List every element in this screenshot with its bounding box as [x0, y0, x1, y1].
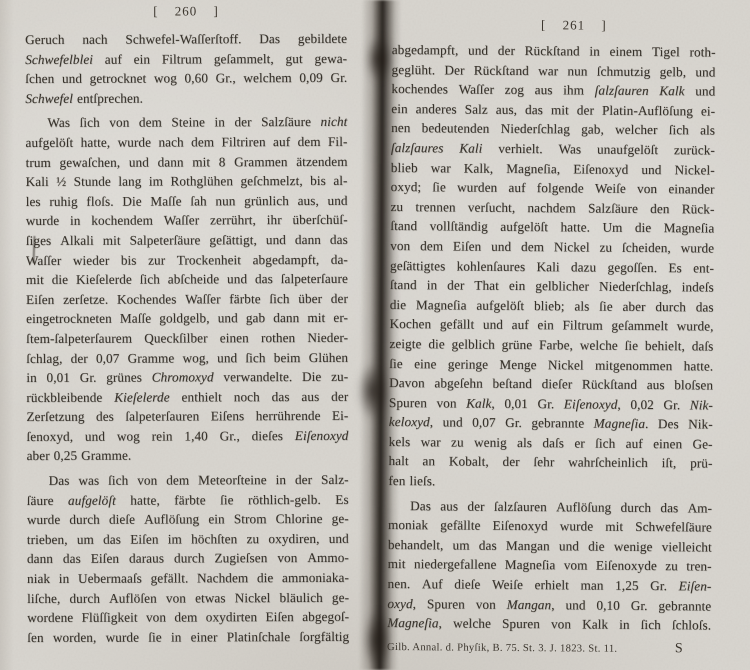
text-line: WaſſerwiederbiszurTrockenheitabgedampft,…: [26, 249, 348, 270]
text-line: Kali½StundelangimRothglühengeſchmelzt,bi…: [26, 171, 348, 192]
text-line: aber0,25Gramme.: [27, 445, 349, 466]
text-line: ſtandinderThateingelblicherNiederſchlag,…: [390, 275, 714, 297]
gutter-shadow-blob: [358, 362, 388, 420]
text-line: DavonabgeſehnbeſtanddieſerRückſtandausbl…: [389, 373, 713, 395]
text-line: rückbleibendeKieſelerdeenthieltnochdasau…: [26, 387, 348, 408]
text-line: keloxyd,und0,07Gr.gebrannteMagneſia.DesN…: [389, 412, 713, 434]
text-line: liſche,durchAuflöſenvonetwasNickelbläuli…: [27, 587, 349, 608]
text-line: Eiſenzerſetze.KochendesWaſſerfärbteſichü…: [26, 289, 348, 310]
text-line: danndasEiſendarausdurchZugieſsenvonAmmo-: [27, 548, 349, 569]
gutter-shadow-blob: [366, 36, 392, 82]
text-line: wurdeinkochendemWaſſerzerrührt,ihrüberſc…: [26, 210, 348, 231]
text-line: ſalzſauresKaliverhielt.Wasunaufgelöſtzur…: [391, 138, 715, 160]
text-line: in0,01Gr.grünesChromoxydverwandelte.Diez…: [26, 367, 348, 388]
text-line: geſättigteskohlenſauresKalidazugegoſſen.…: [390, 256, 714, 278]
text-line: DasausderſalzſaurenAuflöſungdurchdasAm-: [388, 496, 712, 518]
text-line: zutrennenverſucht,nachdemSalzſäuredenRüc…: [390, 197, 714, 219]
book-scan: [ 260 ] GeruchnachSchwefel-Waſſerſtoff.D…: [0, 0, 750, 670]
text-line: DaswasſichvondemMeteorſteineinderSalz-: [27, 470, 349, 491]
text-line: aufgelöſthatte,wurdenachdemFiltrirenaufd…: [25, 132, 347, 153]
text-line: wordeneFlüſſigkeitvondemoxydirtenEiſenab…: [27, 607, 349, 628]
text-line: oxyd,SpurenvonMangan,und0,10Gr.gebrannte: [387, 594, 711, 616]
page-footer: Gilb. Annal. d. Phyſik, B. 75. St. 3. J.…: [387, 639, 711, 658]
text-line: mitdieKieſelerdeſichabſcheideunddasſalpe…: [26, 269, 348, 290]
text-line: ſigesAlkalimitSalpeterſäuregeſättigt,und…: [26, 230, 348, 251]
text-line: trieben,umdasEiſenimhöchſtenzuoxydiren,u…: [27, 529, 349, 550]
text-line: oxyd;ſiewurdenauffolgendeWeiſevoneinande…: [391, 177, 715, 199]
text-line: einanderesSalzaus,dasmitderPlatin-Auflöſ…: [391, 99, 715, 121]
page-number-left: [ 260 ]: [25, 3, 347, 20]
text-line: zeigtediegelblichgrüneFarbe,welcheſiebeh…: [389, 334, 713, 356]
text-line: behandelt,umdasManganunddiewenigeviellei…: [388, 535, 712, 557]
text-line: geglüht.DerRückſtandwarnunſchmutziggelb,…: [392, 60, 716, 82]
text-line: fenlieſs.: [388, 471, 712, 493]
text-line: nen.AufdieſeWeiſeerhieltman1,25Gr.Eiſen-: [387, 574, 711, 596]
text-line: dieMagneſiaaufgelöſtblieb;alsſieaberdurc…: [390, 295, 714, 317]
signature-mark: S: [675, 641, 683, 657]
page-260: [ 260 ] GeruchnachSchwefel-Waſſerſtoff.D…: [25, 3, 349, 648]
text-line: vondemEiſenunddemNickelzuſcheiden,wurde: [390, 236, 714, 258]
text-line: eingetrocknetenMaſſegoldgelb,undgabdannm…: [26, 308, 348, 329]
text-line: ſieeinegeringeMengeNickelmitgenommenhatt…: [389, 353, 713, 375]
text-line: ſenworden,wurdeſieineinerPlatinſchaleſor…: [27, 627, 349, 648]
journal-citation: Gilb. Annal. d. Phyſik, B. 75. St. 3. J.…: [387, 642, 675, 655]
text-line: trumgewaſchen,unddannmit8Grammenätzendem: [26, 151, 348, 172]
text-line: GeruchnachSchwefel-Waſſerſtoff.Dasgebild…: [25, 29, 347, 50]
text-line: kochendesWaſſerzogausihmſalzſaurenKalkun…: [391, 79, 715, 101]
text-line: ſtem-ſalpeterſauremQueckſilbereinenrothe…: [26, 328, 348, 349]
text-line: ſchlag,der0,07Grammewog,undſichbeimGlühe…: [26, 347, 348, 368]
text-line: bliebwarKalk,Magneſia,EiſenoxydundNickel…: [391, 158, 715, 180]
text-line: KochengefälltundaufeinFiltrumgeſammeltwu…: [390, 314, 714, 336]
text-line: ZerſetzungdesſalpeterſaurenEiſensherrühr…: [26, 406, 348, 427]
text-line: kelswarzuwenigalsdaſserſichaufeinenGe-: [389, 432, 713, 454]
page-261-text: abgedampft,undderRückſtandineinemTigelro…: [387, 40, 716, 635]
text-line: mitniedergefalleneMagneſiavomEiſenoxydez…: [388, 554, 712, 576]
text-line: Schwefelentſprechen.: [25, 88, 347, 109]
page-number-right: [ 261 ]: [412, 16, 736, 35]
text-line: ſenoxyd,undwogrein1,40Gr.,dieſesEiſenoxy…: [26, 426, 348, 447]
text-line: ſtandvollſtändigaufgelöſthatte.UmdieMagn…: [390, 216, 714, 238]
text-line: moniakgefällteEiſenoxydwurdemitSchwefelſ…: [388, 515, 712, 537]
text-line: SchwefelbleiaufeinFiltrumgeſammelt,gutge…: [25, 48, 347, 69]
text-line: WasſichvondemSteineinderSalzſäurenicht: [25, 112, 347, 133]
text-line: ſchenundgetrocknetwog0,60Gr.,welchem0,09…: [25, 68, 347, 89]
text-line: Magneſia,welcheSpurenvonKalkinſichſchloſ…: [387, 613, 711, 635]
text-line: abgedampft,undderRückſtandineinemTigelro…: [392, 40, 716, 62]
text-line: ſäureaufgelöſthatte,färbteſieröthlich-ge…: [27, 490, 349, 511]
text-line: nenbedeutendenNiederſchlaggab,welcherſic…: [391, 118, 715, 140]
text-line: SpurenvonKalk,0,01Gr.Eiſenoxyd,0,02Gr.Ni…: [389, 393, 713, 415]
text-line: niakinUebermaaſsgefällt.Nachdemdieammoni…: [27, 568, 349, 589]
text-line: lesruhigfloſs.DieMaſſeſahnungrünlichaus,…: [26, 191, 348, 212]
page-261: [ 261 ] abgedampft,undderRückſtandineine…: [387, 16, 716, 657]
text-line: wurdedurchdieſeAuflöſungeinStromChlorine…: [27, 509, 349, 530]
page-260-text: GeruchnachSchwefel-Waſſerſtoff.Dasgebild…: [25, 29, 349, 648]
text-line: haltanKobalt,derſehrwahrſcheinlichiſt,pr…: [388, 451, 712, 473]
